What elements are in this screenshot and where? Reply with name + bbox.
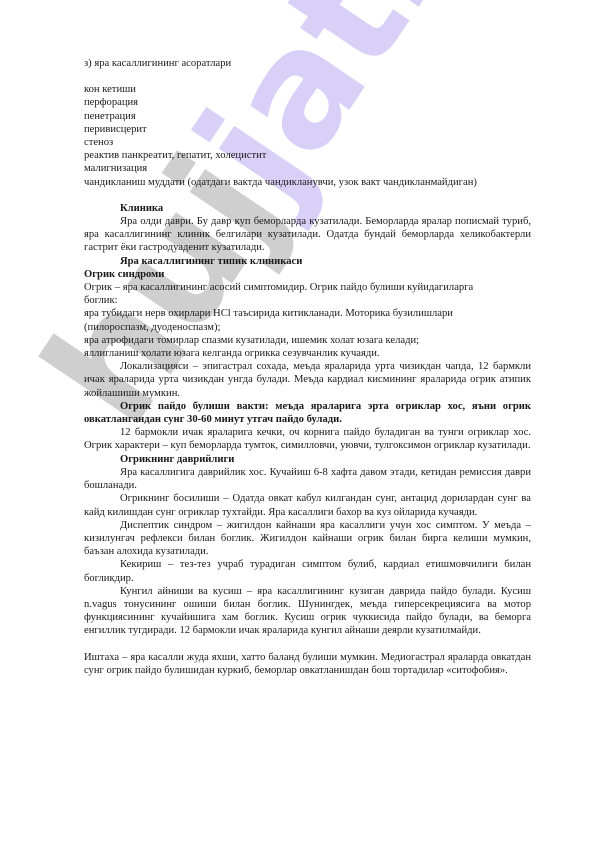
pain-line: яллигланиш холати юзага келганда огрикка… <box>84 347 531 360</box>
pain-line: Огрик – яра касаллигининг асосий симптом… <box>84 281 531 294</box>
pain-line: (пилороспазм, дуоденоспазм); <box>84 321 531 334</box>
appetite-paragraph: Иштаха – яра касалли жуда яхши, хатто ба… <box>84 651 531 677</box>
complications-list: кон кетиши перфорация пенетрация перивис… <box>84 83 531 189</box>
typical-clinic-heading: Яра касаллигининг типик клиникаси <box>84 255 531 268</box>
document-body: з) яра касаллигининг асоратлари кон кети… <box>84 57 531 677</box>
complication-item: кон кетиши <box>84 83 531 96</box>
complication-item: перивисцерит <box>84 123 531 136</box>
periodicity-paragraph: Яра касаллигига даврийлик хос. Кучайиш 6… <box>84 466 531 492</box>
section-title: з) яра касаллигининг асоратлари <box>84 57 531 70</box>
spacer <box>84 70 531 83</box>
pain-line: боглик: <box>84 294 531 307</box>
complication-item: перфорация <box>84 96 531 109</box>
periodicity-heading: Огрикнинг даврийлиги <box>84 453 531 466</box>
pain-time-paragraph: Огрик пайдо булиши вакти: меъда яралариг… <box>84 400 531 426</box>
complication-item: реактив панкреатит, гепатит, холецистит <box>84 149 531 162</box>
relief-paragraph: Огрикнинг босилиши – Одатда овкат кабул … <box>84 492 531 518</box>
complication-item: чандикланиш муддати (одатдаги вактда чан… <box>84 176 531 189</box>
complication-item: малигнизация <box>84 162 531 175</box>
localization-paragraph: Локализацияси – эпигастрал сохада, меъда… <box>84 360 531 400</box>
belching-paragraph: Кекириш – тез-тез учраб турадиган симпто… <box>84 558 531 584</box>
pain-line: яра тубидаги нерв охирлари HCl таъсирида… <box>84 307 531 320</box>
pain-syndrome-heading: Огрик синдроми <box>84 268 531 281</box>
spacer <box>84 189 531 202</box>
clinic-heading: Клиника <box>84 202 531 215</box>
pain-line: яра атрофидаги томирлар спазми кузатилад… <box>84 334 531 347</box>
complication-item: стеноз <box>84 136 531 149</box>
clinic-paragraph: Яра олди даври. Бу давр куп беморларда к… <box>84 215 531 255</box>
duodenal-paragraph: 12 бармокли ичак яраларига кечки, оч кор… <box>84 426 531 452</box>
document-page: hujjat24 з) яра касаллигининг асоратлари… <box>0 0 596 842</box>
nausea-paragraph: Кунгил айниши ва кусиш – яра касаллигини… <box>84 585 531 638</box>
spacer <box>84 638 531 651</box>
pain-causes: Огрик – яра касаллигининг асосий симптом… <box>84 281 531 360</box>
dyspeptic-paragraph: Диспептик синдром – жигилдон кайнаши яра… <box>84 519 531 559</box>
complication-item: пенетрация <box>84 110 531 123</box>
